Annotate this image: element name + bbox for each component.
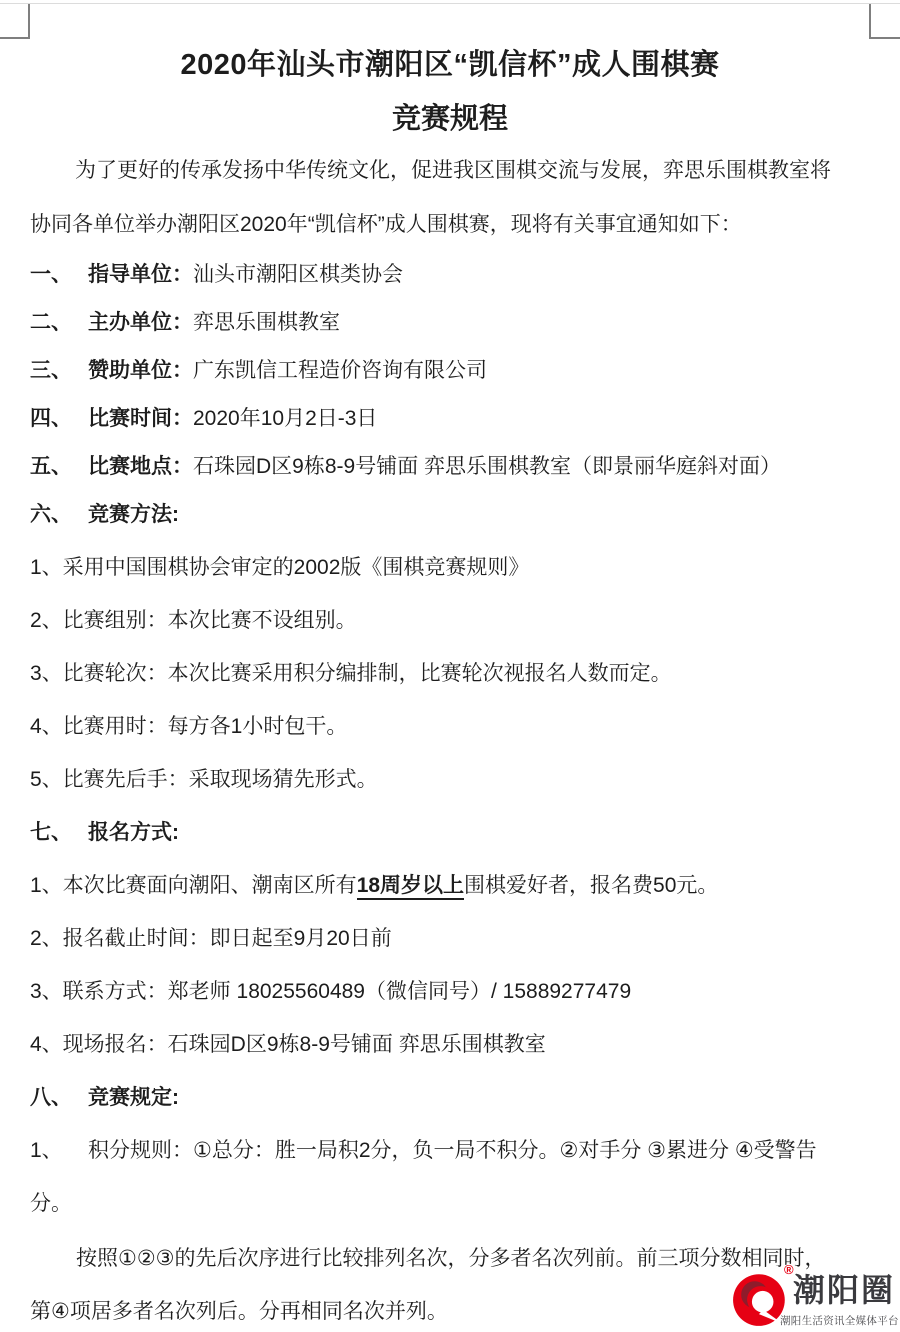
info-item-match-time: 四、比赛时间：2020年10月2日-3日 bbox=[30, 406, 870, 432]
brand-logo: ® 潮阳圈 潮阳生活资讯全媒体平台 bbox=[731, 1256, 900, 1332]
item-number: 二、 bbox=[30, 310, 88, 336]
page-top-edge-line bbox=[0, 3, 900, 4]
section-heading-rules: 八、竞赛规定: bbox=[30, 1085, 870, 1111]
method-item-rounds: 3、比赛轮次：本次比赛采用积分编排制，比赛轮次视报名人数而定。 bbox=[30, 661, 870, 687]
item-label: 赞助单位： bbox=[88, 359, 193, 382]
section-title: 报名方式: bbox=[88, 821, 179, 844]
item-value: 石珠园D区9栋8-9号铺面 弈思乐围棋教室（即景丽华庭斜对面） bbox=[193, 455, 781, 478]
item-value: 广东凯信工程造价咨询有限公司 bbox=[193, 359, 487, 382]
page: { "document": { "title_line1": "2020年汕头市… bbox=[0, 0, 900, 1332]
eligibility-age-highlight: 18周岁以上 bbox=[357, 874, 464, 900]
section-heading-signup: 七、报名方式: bbox=[30, 820, 870, 846]
method-item-time-control: 4、比赛用时：每方各1小时包干。 bbox=[30, 714, 870, 740]
page-corner-mark-right bbox=[869, 4, 900, 39]
rules-item-scoring-line-2: 分。 bbox=[30, 1191, 870, 1217]
section-title: 竞赛方法: bbox=[88, 503, 179, 526]
info-item-guidance-unit: 一、指导单位：汕头市潮阳区棋类协会 bbox=[30, 262, 870, 288]
item-value: 2020年10月2日-3日 bbox=[193, 407, 377, 430]
section-number: 六、 bbox=[30, 502, 88, 528]
info-item-host-unit: 二、主办单位：弈思乐围棋教室 bbox=[30, 310, 870, 336]
method-item-rules-version: 1、采用中国围棋协会审定的2002版《围棋竞赛规则》 bbox=[30, 555, 870, 581]
signup-item-onsite: 4、现场报名：石珠园D区9栋8-9号铺面 弈思乐围棋教室 bbox=[30, 1032, 870, 1058]
document-body: 2020年汕头市潮阳区“凯信杯”成人围棋赛 竞赛规程 为了更好的传承发扬中华传统… bbox=[0, 0, 900, 1325]
intro-paragraph-line-1: 为了更好的传承发扬中华传统文化，促进我区围棋交流与发展，弈思乐围棋教室将 bbox=[30, 158, 870, 184]
item-value: 弈思乐围棋教室 bbox=[193, 311, 340, 334]
brand-name: 潮阳圈 bbox=[793, 1273, 895, 1307]
scoring-rule-text: 积分规则：①总分：胜一局积2分，负一局不积分。②对手分 ③累进分 ④受警告 bbox=[88, 1139, 817, 1162]
section-number: 七、 bbox=[30, 820, 88, 846]
info-item-match-venue: 五、比赛地点：石珠园D区9栋8-9号铺面 弈思乐围棋教室（即景丽华庭斜对面） bbox=[30, 454, 870, 480]
section-heading-method: 六、竞赛方法: bbox=[30, 502, 870, 528]
rules-item-scoring-line-1: 1、积分规则：①总分：胜一局积2分，负一局不积分。②对手分 ③累进分 ④受警告 bbox=[30, 1138, 870, 1164]
section-title: 竞赛规定: bbox=[88, 1086, 179, 1109]
item-number: 四、 bbox=[30, 406, 88, 432]
item-number: 1、 bbox=[30, 1138, 88, 1164]
doc-subtitle: 竞赛规程 bbox=[30, 98, 870, 140]
item-number: 1、 bbox=[30, 874, 63, 897]
item-number: 三、 bbox=[30, 358, 88, 384]
method-item-groups: 2、比赛组别：本次比赛不设组别。 bbox=[30, 608, 870, 634]
item-number: 一、 bbox=[30, 262, 88, 288]
eligibility-post-text: 围棋爱好者，报名费50元。 bbox=[464, 874, 718, 897]
signup-item-eligibility: 1、本次比赛面向潮阳、潮南区所有18周岁以上围棋爱好者，报名费50元。 bbox=[30, 873, 870, 899]
signup-item-contact: 3、联系方式：郑老师 18025560489（微信同号）/ 1588927747… bbox=[30, 979, 870, 1005]
item-label: 比赛地点： bbox=[88, 455, 193, 478]
brand-tagline: 潮阳生活资讯全媒体平台 bbox=[780, 1313, 899, 1328]
doc-title: 2020年汕头市潮阳区“凯信杯”成人围棋赛 bbox=[30, 44, 870, 86]
method-item-color-draw: 5、比赛先后手：采取现场猜先形式。 bbox=[30, 767, 870, 793]
item-label: 主办单位： bbox=[88, 311, 193, 334]
item-label: 指导单位： bbox=[88, 263, 193, 286]
intro-paragraph-line-2: 协同各单位举办潮阳区2020年“凯信杯”成人围棋赛，现将有关事宜通知如下： bbox=[30, 212, 870, 238]
eligibility-pre-text: 本次比赛面向潮阳、潮南区所有 bbox=[63, 874, 357, 897]
item-number: 五、 bbox=[30, 454, 88, 480]
signup-item-deadline: 2、报名截止时间：即日起至9月20日前 bbox=[30, 926, 870, 952]
section-number: 八、 bbox=[30, 1085, 88, 1111]
page-corner-mark-left bbox=[0, 4, 30, 39]
item-value: 汕头市潮阳区棋类协会 bbox=[193, 263, 403, 286]
info-item-sponsor-unit: 三、赞助单位：广东凯信工程造价咨询有限公司 bbox=[30, 358, 870, 384]
item-label: 比赛时间： bbox=[88, 407, 193, 430]
document-sections: 一、指导单位：汕头市潮阳区棋类协会 二、主办单位：弈思乐围棋教室 三、赞助单位：… bbox=[30, 262, 870, 1325]
